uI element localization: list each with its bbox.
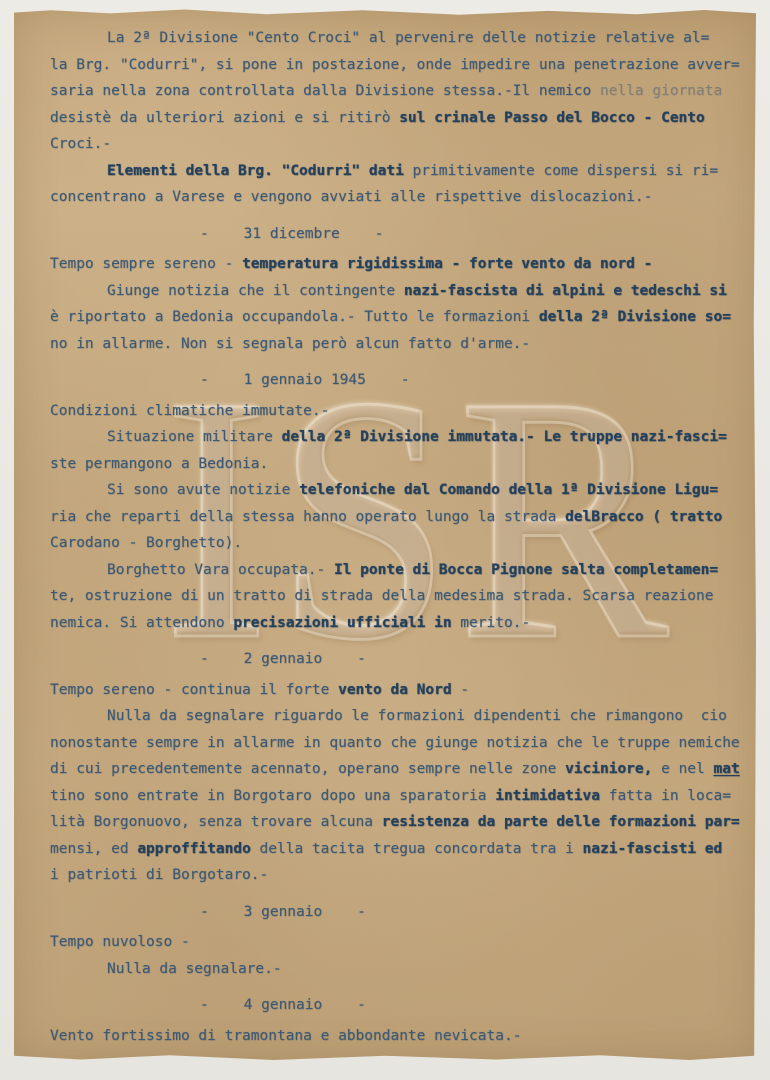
text-segment: delBracco ( tratto	[565, 509, 722, 525]
text-line: Tempo nuvoloso -	[50, 929, 750, 956]
text-line: Carodano - Borghetto).	[50, 530, 750, 557]
text-segment: saria nella zona controllata dalla Divis…	[50, 83, 600, 99]
date-heading: - 4 gennaio -	[200, 992, 750, 1019]
text-segment: nemica. Si attendono	[50, 615, 233, 631]
text-line: la Brg. "Codurri", si pone in postazione…	[50, 52, 750, 79]
text-line: te, ostruzione di un tratto di strada de…	[50, 583, 750, 610]
text-segment: telefoniche dal Comando della 1ª Divisio…	[299, 482, 718, 498]
text-segment: tino sono entrate in Borgotaro dopo una …	[50, 788, 495, 804]
text-line: Situazione militare della 2ª Divisione i…	[50, 424, 750, 451]
text-segment: desistè da ulteriori azioni e si ritirò	[50, 110, 399, 126]
text-line: Elementi della Brg. "Codurri" dati primi…	[50, 158, 750, 185]
text-segment: della 2ª Divisione so=	[539, 309, 731, 325]
text-line: La 2ª Divisione "Cento Croci" al perveni…	[50, 25, 750, 52]
text-segment: precisazioni ufficiali in	[233, 615, 451, 631]
date-heading: - 3 gennaio -	[200, 899, 750, 926]
text-segment: mensi, ed	[50, 841, 137, 857]
text-segment: La 2ª Divisione "Cento Croci" al perveni…	[107, 30, 709, 46]
text-segment: viciniore,	[565, 761, 652, 777]
text-line: mensi, ed approffitando della tacita tre…	[50, 836, 750, 863]
text-line: concentrano a Varese e vengono avviati a…	[50, 184, 750, 211]
text-segment: Tempo sempre sereno -	[50, 256, 242, 272]
text-segment: Si sono avute notizie	[107, 482, 299, 498]
text-segment: resistenza da parte delle formazioni par…	[382, 814, 740, 830]
text-segment: nazi-fascisti ed	[583, 841, 723, 857]
text-segment: Nulla da segnalare.-	[107, 961, 282, 977]
text-line: Giunge notizia che il contingente nazi-f…	[50, 278, 750, 305]
text-line: ste permangono a Bedonia.	[50, 451, 750, 478]
text-line: Nulla da segnalare riguardo le formazion…	[50, 703, 750, 730]
text-segment: Il ponte di Bocca Pignone salta completa…	[334, 562, 718, 578]
text-segment: Borghetto Vara occupata.-	[107, 562, 334, 578]
text-segment: sul crinale Passo del Bocco - Cento	[399, 110, 705, 126]
date-heading: - 31 dicembre -	[200, 221, 750, 248]
text-segment: e nel	[652, 761, 713, 777]
text-line: nemica. Si attendono precisazioni uffici…	[50, 610, 750, 637]
text-line: Tempo sereno - continua il forte vento d…	[50, 677, 750, 704]
document-page: ISR La 2ª Divisione "Cento Croci" al per…	[14, 9, 756, 1060]
text-segment: Vento fortissimo di tramontana e abbonda…	[50, 1028, 521, 1044]
text-segment: nella giornata	[600, 83, 722, 99]
text-line: Borghetto Vara occupata.- Il ponte di Bo…	[50, 557, 750, 584]
text-line: Nulla da segnalare.-	[50, 956, 750, 983]
text-segment: i patrioti di Borgotaro.-	[50, 867, 268, 883]
text-segment: nazi-fascista di alpini e tedeschi si	[404, 283, 727, 299]
text-line: Condizioni climatiche immutate.-	[50, 398, 750, 425]
date-heading: - 1 gennaio 1945 -	[200, 367, 750, 394]
text-segment: temperatura rigidissima - forte vento da…	[242, 256, 652, 272]
text-segment: di cui precedentemente acennato, operano…	[50, 761, 565, 777]
text-segment: è riportato a Bedonia occupandola.- Tutt…	[50, 309, 539, 325]
text-line: i patrioti di Borgotaro.-	[50, 862, 750, 889]
text-segment: la Brg. "Codurri", si pone in postazione…	[50, 57, 740, 73]
text-line: Croci.-	[50, 131, 750, 158]
text-line: ria che reparti della stessa hanno opera…	[50, 504, 750, 531]
document-text: La 2ª Divisione "Cento Croci" al perveni…	[50, 25, 750, 1049]
text-segment: ria che reparti della stessa hanno opera…	[50, 509, 565, 525]
text-segment: Elementi della Brg. "Codurri" dati	[107, 163, 413, 179]
text-line: Tempo sempre sereno - temperatura rigidi…	[50, 251, 750, 278]
text-segment: no in allarme. Non si segnala però alcun…	[50, 336, 530, 352]
text-segment: - 1 gennaio 1945 -	[200, 372, 410, 388]
text-segment: te, ostruzione di un tratto di strada de…	[50, 588, 713, 604]
text-segment: -	[452, 682, 469, 698]
text-segment: intimidativa	[495, 788, 600, 804]
text-segment: lità Borgonuovo, senza trovare alcuna	[50, 814, 382, 830]
text-segment: - 4 gennaio -	[200, 997, 366, 1013]
text-segment: Situazione militare	[107, 429, 282, 445]
text-segment: Carodano - Borghetto).	[50, 535, 242, 551]
text-segment: mat	[713, 761, 739, 777]
text-segment: fatta in loca=	[600, 788, 731, 804]
text-segment: primitivamente come dispersi si ri=	[413, 163, 719, 179]
text-line: desistè da ulteriori azioni e si ritirò …	[50, 105, 750, 132]
text-segment: concentrano a Varese e vengono avviati a…	[50, 189, 652, 205]
text-segment: Tempo nuvoloso -	[50, 934, 190, 950]
text-line: nonostante sempre in allarme in quanto c…	[50, 730, 750, 757]
text-line: lità Borgonuovo, senza trovare alcuna re…	[50, 809, 750, 836]
text-segment: - 2 gennaio -	[200, 651, 366, 667]
text-line: tino sono entrate in Borgotaro dopo una …	[50, 783, 750, 810]
text-segment: approffitando	[137, 841, 251, 857]
text-segment: ste permangono a Bedonia.	[50, 456, 268, 472]
text-segment: Tempo sereno - continua il forte	[50, 682, 338, 698]
text-segment: Croci.-	[50, 136, 111, 152]
text-line: saria nella zona controllata dalla Divis…	[50, 78, 750, 105]
text-segment: vento da Nord	[338, 682, 452, 698]
text-segment: merito.-	[452, 615, 531, 631]
text-segment: nonostante sempre in allarme in quanto c…	[50, 735, 740, 751]
text-segment: Nulla da segnalare riguardo le formazion…	[107, 708, 727, 724]
text-segment: - 31 dicembre -	[200, 226, 383, 242]
text-segment: - 3 gennaio -	[200, 904, 366, 920]
text-segment: della 2ª Divisione immutata.- Le truppe …	[282, 429, 727, 445]
text-segment: Condizioni climatiche immutate.-	[50, 403, 329, 419]
text-line: no in allarme. Non si segnala però alcun…	[50, 331, 750, 358]
text-line: di cui precedentemente acennato, operano…	[50, 756, 750, 783]
text-line: Vento fortissimo di tramontana e abbonda…	[50, 1023, 750, 1050]
text-segment: della tacita tregua concordata tra i	[251, 841, 583, 857]
text-segment: Giunge notizia che il contingente	[107, 283, 404, 299]
text-line: Si sono avute notizie telefoniche dal Co…	[50, 477, 750, 504]
text-line: è riportato a Bedonia occupandola.- Tutt…	[50, 304, 750, 331]
date-heading: - 2 gennaio -	[200, 646, 750, 673]
